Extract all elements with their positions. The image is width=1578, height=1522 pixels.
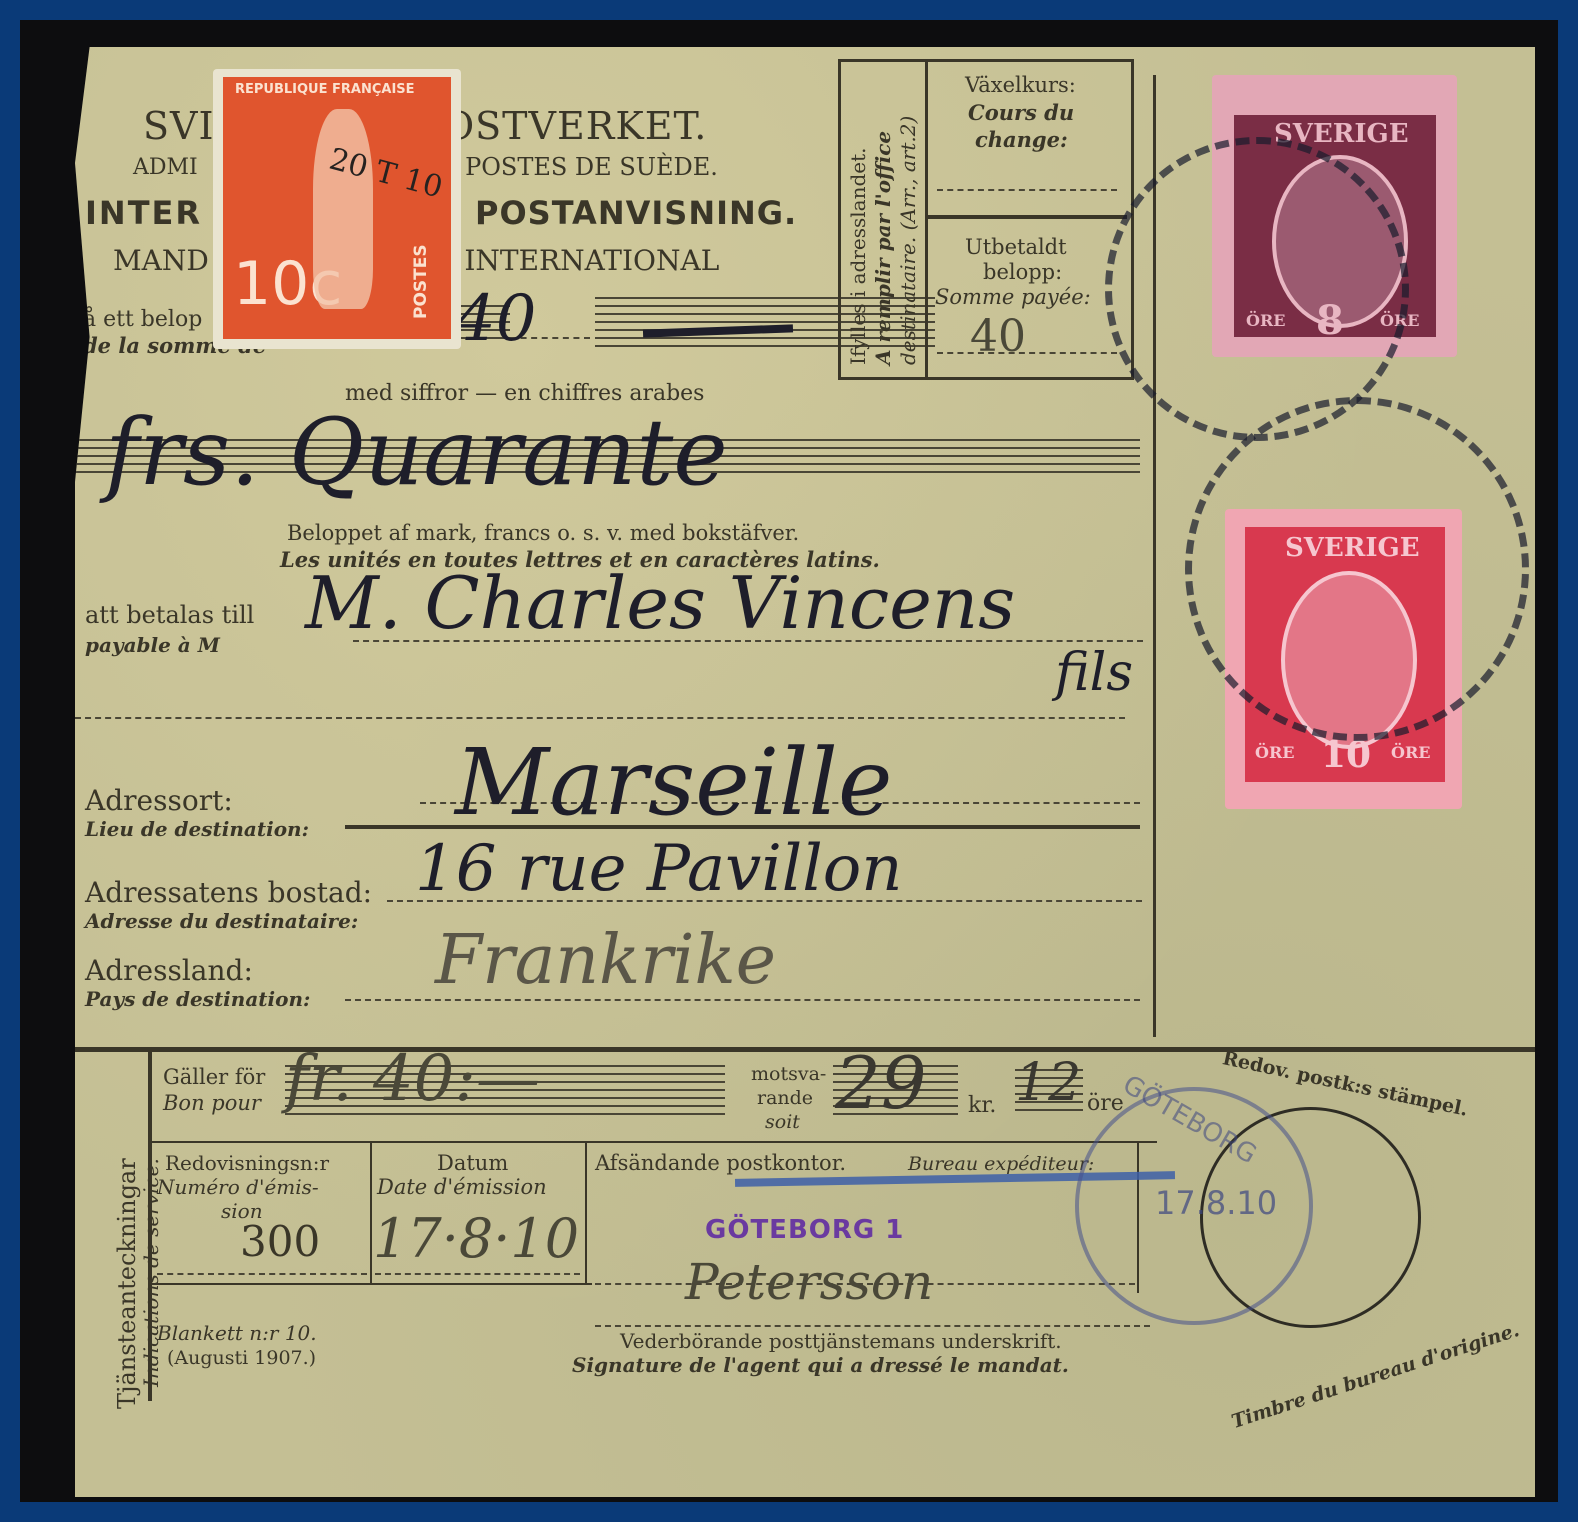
country-value: Frankrike: [435, 927, 776, 995]
date-value: 17·8·10: [373, 1212, 579, 1266]
form-title-sv-right: POSTANVISNING.: [475, 197, 797, 229]
issue-no-sv: Redovisningsn:r: [165, 1153, 329, 1173]
exchange-vertical-2: A remplir par l'office: [873, 131, 893, 365]
date-label-sv: Datum: [437, 1153, 508, 1174]
valid-for-fr: Bon pour: [163, 1093, 261, 1114]
paid-label-fr: Somme payée:: [935, 287, 1091, 308]
equiv-ore-value: 12: [1015, 1057, 1081, 1109]
address-value: 16 rue Pavillon: [415, 837, 902, 901]
equiv-label-fr: soit: [765, 1113, 800, 1132]
postal-money-order-form: SVI OSTVERKET. ADMI S POSTES DE SUÈDE. I…: [75, 47, 1535, 1497]
admin-left: ADMI: [133, 157, 198, 179]
form-title-fr-right: E INTERNATIONAL: [435, 247, 719, 275]
handwritten-amount-words: frs. Quarante: [105, 407, 728, 499]
issue-no-fr-1: Numéro d'émis-: [157, 1177, 319, 1197]
form-title-sv-left: INTER: [85, 197, 202, 229]
kr-label: kr.: [968, 1095, 996, 1117]
paid-label-sv-1: Utbetaldt: [965, 237, 1067, 258]
address-label-fr: Adresse du destinataire:: [85, 911, 358, 931]
stamp-sweden-10-unit-left: ÖRE: [1255, 745, 1294, 761]
payee-label-fr: payable à M: [85, 635, 220, 655]
amount-label-sv: å ett belop: [83, 309, 202, 331]
place-label-fr: Lieu de destination:: [85, 819, 309, 839]
handwritten-payee-suffix: fils: [1055, 647, 1133, 699]
equiv-label-1: motsva-: [751, 1065, 826, 1084]
paid-label-sv-2: belopp:: [983, 262, 1062, 283]
words-hint-sv: Beloppet af mark, francs o. s. v. med bo…: [287, 523, 799, 544]
office-label-fr: Bureau expéditeur:: [908, 1155, 1094, 1174]
title-left: SVI: [143, 107, 215, 145]
stamp-france-10c: REPUBLIQUE FRANÇAISE 10c POSTES 20 T 10: [213, 69, 461, 349]
form-number: Blankett n:r 10.: [157, 1323, 317, 1343]
stamp-france-side: POSTES: [413, 244, 430, 319]
postmark-goteborg-upper: [1105, 137, 1409, 441]
form-date: (Augusti 1907.): [167, 1349, 316, 1368]
title-right: OSTVERKET.: [443, 107, 707, 145]
place-value: Marseille: [455, 737, 892, 829]
signature-value: Petersson: [685, 1257, 933, 1307]
exchange-vertical-1: Ifylles i adresslandet.: [848, 148, 868, 366]
stamp-sweden-10-unit-right: ÖRE: [1391, 745, 1430, 761]
valid-for-sv: Gäller för: [163, 1067, 265, 1088]
country-label-fr: Pays de destination:: [85, 989, 310, 1009]
equiv-kr-value: 29: [835, 1047, 927, 1119]
postmark-goteborg-lower: [1185, 397, 1529, 741]
postmark-date: 17.8.10: [1155, 1187, 1277, 1219]
office-stamp: GÖTEBORG 1: [705, 1217, 904, 1243]
handwritten-payee: M. Charles Vincens: [305, 567, 1015, 639]
place-label-sv: Adressort:: [85, 787, 233, 815]
country-label-sv: Adressland:: [85, 957, 253, 985]
signature-label-sv: Vederbörande posttjänstemans underskrift…: [620, 1331, 1062, 1351]
stamp-france-country: REPUBLIQUE FRANÇAISE: [235, 83, 415, 96]
handwritten-amount: 40: [455, 287, 536, 351]
cancel-circle-bottom-text: Timbre du bureau d'origine.: [1229, 1321, 1521, 1432]
valid-for-value: fr. 40:—: [285, 1047, 540, 1111]
address-label-sv: Adressatens bostad:: [85, 879, 372, 907]
service-vertical-sv: Tjänsteanteckningar: [115, 1158, 139, 1409]
signature-label-fr: Signature de l'agent qui a dressé le man…: [572, 1355, 1069, 1375]
exchange-vertical-3: destinataire. (Arr., art.2): [898, 116, 918, 365]
office-label-sv: Afsändande postkontor.: [595, 1153, 846, 1174]
equiv-label-2: rande: [757, 1089, 813, 1108]
rate-label-fr-1: Cours du: [968, 102, 1074, 123]
issue-no-value: 300: [240, 1221, 320, 1263]
stamp-sweden-10-value: 10: [1321, 737, 1371, 773]
admin-right: S POSTES DE SUÈDE.: [441, 155, 718, 179]
rate-label-fr-2: change:: [975, 129, 1068, 150]
sower-figure-icon: [313, 109, 373, 309]
rate-label-sv: Växelkurs:: [965, 75, 1076, 96]
form-title-fr-left: MAND: [113, 247, 209, 275]
payee-label-sv: att betalas till: [85, 603, 254, 627]
date-label-fr: Date d'émission: [377, 1177, 547, 1198]
